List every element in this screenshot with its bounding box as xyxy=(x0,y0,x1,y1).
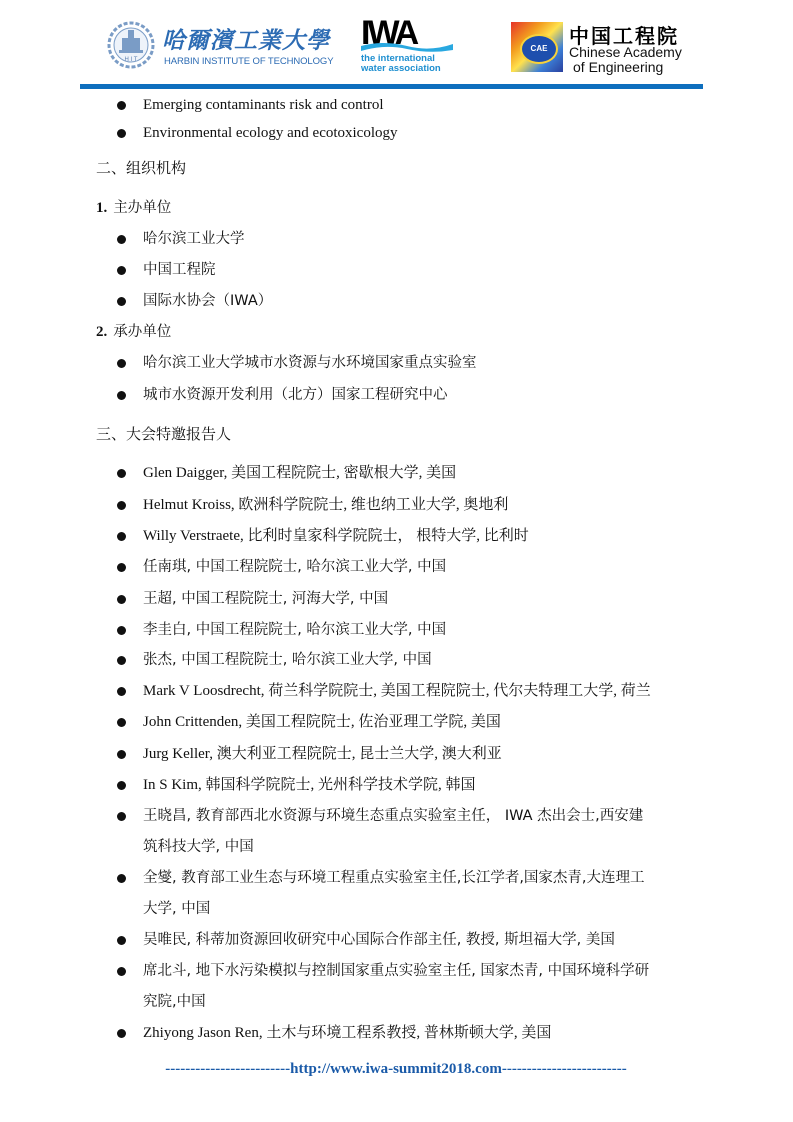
footer-url-link[interactable]: http://www.iwa-summit2018.com xyxy=(290,1061,502,1077)
section-heading-speakers: 三、大会特邀报告人 xyxy=(96,424,231,444)
page-footer: -------------------------http://www.iwa-… xyxy=(96,1061,696,1078)
section-heading-organization: 二、组织机构 xyxy=(96,158,186,178)
bullet-icon xyxy=(117,563,126,572)
subheading-organizers: 2.承办单位 xyxy=(96,322,171,342)
bullet-icon xyxy=(117,626,126,635)
speaker-text: Mark V Loosdrecht, 荷兰科学院院士, 美国工程院院士, 代尔夫… xyxy=(143,681,651,701)
bullet-icon xyxy=(117,266,126,275)
cae-badge-text: CAE xyxy=(520,34,558,64)
bullet-icon xyxy=(117,967,126,976)
hit-name-en: HARBIN INSTITUTE OF TECHNOLOGY xyxy=(164,56,333,67)
bullet-icon xyxy=(117,750,126,759)
iwa-subtitle-line2: water association xyxy=(361,64,441,74)
speaker-text: 吴唯民, 科蒂加资源回收研究中心国际合作部主任, 教授, 斯坦福大学, 美国 xyxy=(143,930,615,950)
speaker-text: In S Kim, 韩国科学院院士, 光州科学技术学院, 韩国 xyxy=(143,775,476,795)
cae-name-en-line2: of Engineering xyxy=(573,60,663,75)
bullet-icon xyxy=(117,687,126,696)
speaker-text: 王超, 中国工程院院士, 河海大学, 中国 xyxy=(143,589,388,609)
organizer-text: 城市水资源开发利用（北方）国家工程研究中心 xyxy=(143,385,448,405)
footer-dashes-left: ------------------------- xyxy=(165,1061,290,1077)
bullet-icon xyxy=(117,297,126,306)
sponsor-text: 中国工程院 xyxy=(143,260,216,280)
bullet-icon xyxy=(117,1029,126,1038)
bullet-icon xyxy=(117,936,126,945)
speaker-text-continued: 究院,中国 xyxy=(143,992,206,1012)
cae-badge-icon: CAE xyxy=(511,22,563,72)
bullet-icon xyxy=(117,656,126,665)
cae-logo: CAE 中国工程院 Chinese Academy of Engineering xyxy=(511,20,701,76)
bullet-icon xyxy=(117,359,126,368)
speaker-text: John Crittenden, 美国工程院院士, 佐治亚理工学院, 美国 xyxy=(143,712,501,732)
bullet-icon xyxy=(117,874,126,883)
bullet-icon xyxy=(117,532,126,541)
subheading-title: 承办单位 xyxy=(113,324,171,340)
speaker-text: 任南琪, 中国工程院院士, 哈尔滨工业大学, 中国 xyxy=(143,557,446,577)
hit-name-cn: 哈爾濱工業大學 xyxy=(162,22,330,55)
bullet-icon xyxy=(117,781,126,790)
bullet-icon xyxy=(117,391,126,400)
iwa-logo: IWA the international water association xyxy=(361,18,453,76)
iwa-wave-icon xyxy=(361,40,453,52)
bullet-icon xyxy=(117,235,126,244)
bullet-icon xyxy=(117,812,126,821)
speaker-text: 张杰, 中国工程院院士, 哈尔滨工业大学, 中国 xyxy=(143,650,432,670)
subheading-number: 1. xyxy=(96,200,107,216)
subheading-sponsors: 1.主办单位 xyxy=(96,198,171,218)
bullet-icon xyxy=(117,595,126,604)
bullet-icon xyxy=(117,469,126,478)
speaker-text: Zhiyong Jason Ren, 土木与环境工程系教授, 普林斯顿大学, 美… xyxy=(143,1023,551,1043)
bullet-icon xyxy=(117,101,126,110)
speaker-text: Helmut Kroiss, 欧洲科学院院士, 维也纳工业大学, 奥地利 xyxy=(143,495,508,515)
topic-text: Emerging contaminants risk and control xyxy=(143,95,384,115)
header-divider xyxy=(80,84,703,89)
sponsor-text: 国际水协会（IWA） xyxy=(143,291,272,311)
hit-logo: H I T 哈爾濱工業大學 HARBIN INSTITUTE OF TECHNO… xyxy=(102,18,324,74)
speaker-text: 李圭白, 中国工程院院士, 哈尔滨工业大学, 中国 xyxy=(143,620,446,640)
subheading-number: 2. xyxy=(96,324,107,340)
organizer-text: 哈尔滨工业大学城市水资源与水环境国家重点实验室 xyxy=(143,353,477,373)
speaker-text-continued: 筑科技大学, 中国 xyxy=(143,837,254,857)
speaker-text: 全燮, 教育部工业生态与环境工程重点实验室主任,长江学者,国家杰青,大连理工 xyxy=(143,868,645,888)
subheading-title: 主办单位 xyxy=(113,200,171,216)
topic-text: Environmental ecology and ecotoxicology xyxy=(143,123,398,143)
bullet-icon xyxy=(117,501,126,510)
speaker-text: Glen Daigger, 美国工程院院士, 密歇根大学, 美国 xyxy=(143,463,456,483)
cae-name-en-line1: Chinese Academy xyxy=(569,45,682,60)
speaker-text: Willy Verstraete, 比利时皇家科学院院士， 根特大学, 比利时 xyxy=(143,526,529,546)
bullet-icon xyxy=(117,129,126,138)
page-header: H I T 哈爾濱工業大學 HARBIN INSTITUTE OF TECHNO… xyxy=(80,0,703,90)
speaker-text: Jurg Keller, 澳大利亚工程院院士, 昆士兰大学, 澳大利亚 xyxy=(143,744,502,764)
speaker-text: 席北斗, 地下水污染模拟与控制国家重点实验室主任, 国家杰青, 中国环境科学研 xyxy=(143,961,649,981)
hit-emblem-icon: H I T xyxy=(106,20,156,70)
speaker-text: 王晓昌, 教育部西北水资源与环境生态重点实验室主任， IWA 杰出会士,西安建 xyxy=(143,806,643,826)
speaker-text-continued: 大学, 中国 xyxy=(143,899,210,919)
sponsor-text: 哈尔滨工业大学 xyxy=(143,229,245,249)
bullet-icon xyxy=(117,718,126,727)
svg-text:H I T: H I T xyxy=(125,57,138,63)
footer-dashes-right: ------------------------- xyxy=(502,1061,627,1077)
